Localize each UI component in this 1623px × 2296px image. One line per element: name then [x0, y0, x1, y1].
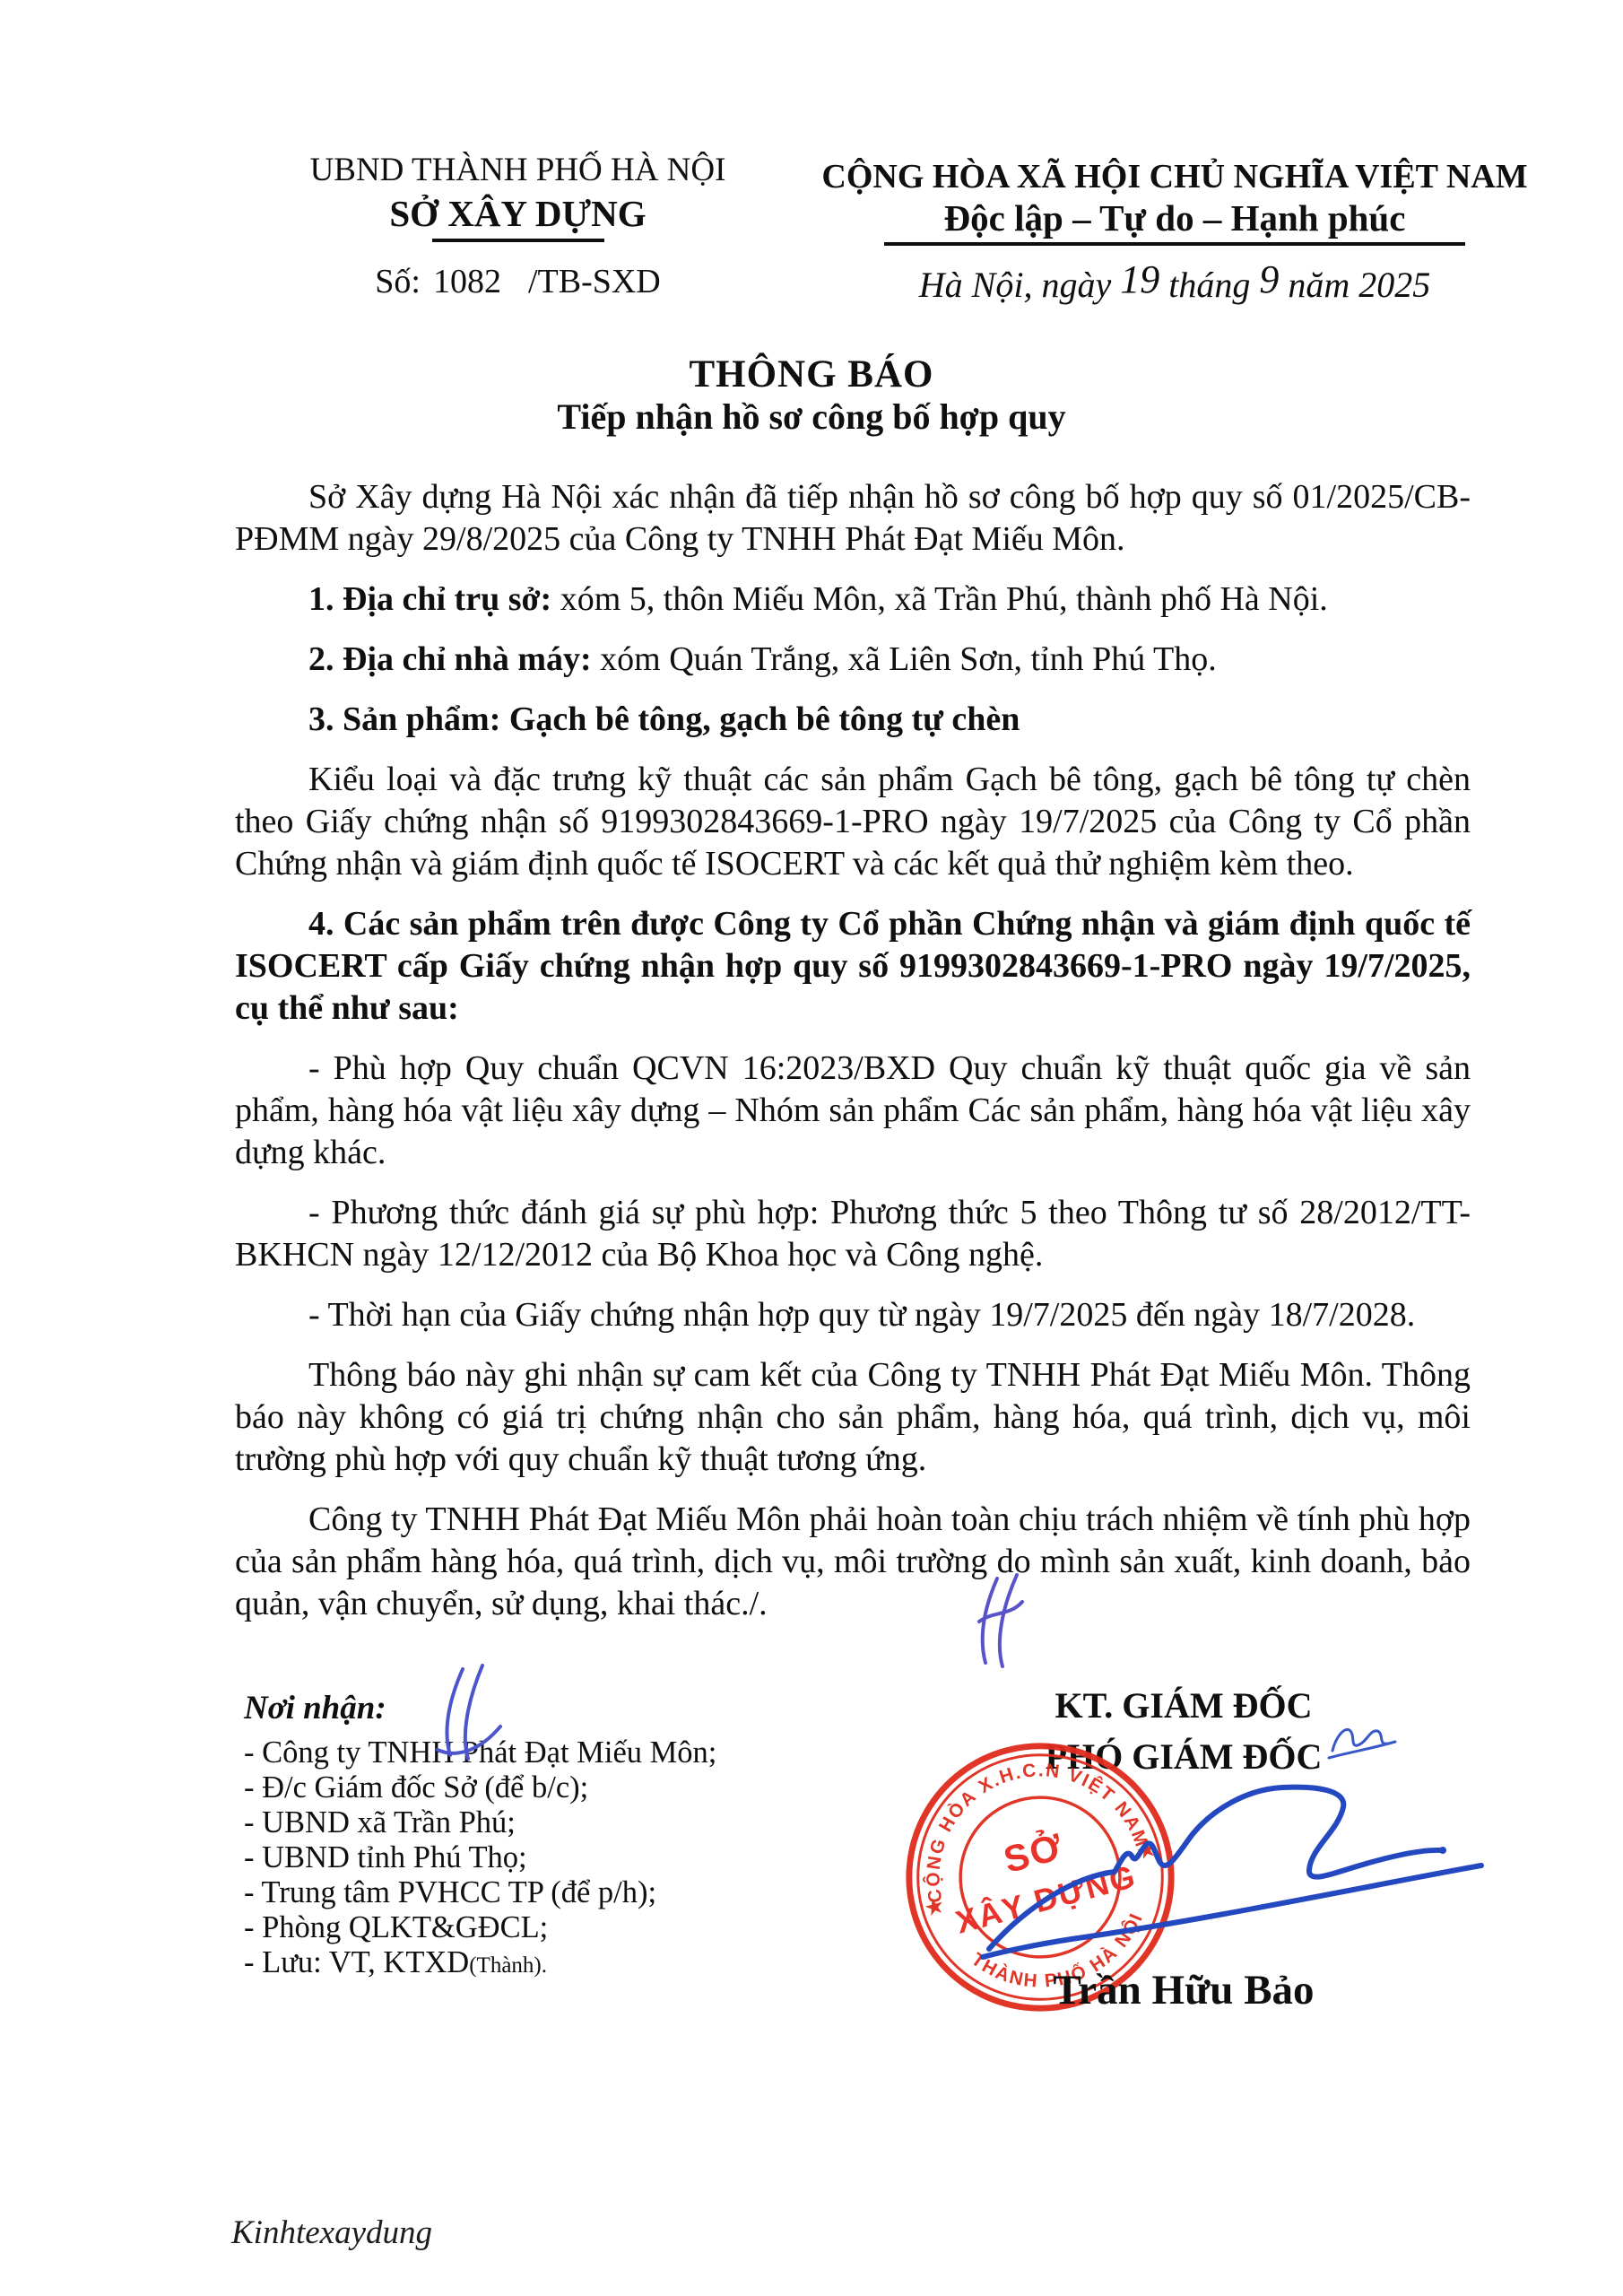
- notice-title: THÔNG BÁO: [0, 355, 1623, 395]
- date-month-label: tháng: [1168, 265, 1250, 305]
- recipient-item: - Phòng QLKT&GĐCL;: [244, 1910, 925, 1945]
- item-2-factory-address: 2. Địa chỉ nhà máy: xóm Quán Trắng, xã L…: [235, 639, 1471, 681]
- opening-paragraph: Sở Xây dựng Hà Nội xác nhận đã tiếp nhận…: [235, 476, 1471, 561]
- motto-underline: [884, 242, 1465, 246]
- item-1-office-address: 1. Địa chỉ trụ sở: xóm 5, thôn Miếu Môn,…: [235, 578, 1471, 621]
- document-number: Số:1082/TB-SXD: [215, 264, 820, 300]
- document-number-suffix: /TB-SXD: [528, 263, 661, 300]
- recipients-list: - Công ty TNHH Phát Đạt Miếu Môn; - Đ/c …: [244, 1735, 925, 1983]
- body-text: Sở Xây dựng Hà Nội xác nhận đã tiếp nhận…: [235, 476, 1471, 1643]
- country-line: CỘNG HÒA XÃ HỘI CHỦ NGHĨA VIỆT NAM: [789, 160, 1560, 195]
- recipient-item-last: - Lưu: VT, KTXD(Thành).: [244, 1945, 925, 1983]
- item-3-products: 3. Sản phẩm: Gạch bê tông, gạch bê tông …: [235, 699, 1471, 741]
- org-line: SỞ XÂY DỰNG: [215, 195, 820, 232]
- recipient-item: - Trung tâm PVHCC TP (để p/h);: [244, 1875, 925, 1910]
- recipients-heading: Nơi nhận:: [244, 1691, 925, 1726]
- recipient-item: - UBND tỉnh Phú Thọ;: [244, 1840, 925, 1875]
- bullet-validity: - Thời hạn của Giấy chứng nhận hợp quy t…: [235, 1294, 1471, 1336]
- issuer-underline: [432, 239, 604, 242]
- recipient-item: - Đ/c Giám đốc Sở (để b/c);: [244, 1770, 925, 1805]
- document-number-label: Số:: [375, 263, 421, 300]
- date-day: 19: [1120, 257, 1159, 301]
- notice-title-block: THÔNG BÁO Tiếp nhận hồ sơ công bố hợp qu…: [0, 355, 1623, 436]
- bullet-method: - Phương thức đánh giá sự phù hợp: Phươn…: [235, 1192, 1471, 1276]
- initial-paraph-icon: [425, 1664, 515, 1767]
- national-header-block: CỘNG HÒA XÃ HỘI CHỦ NGHĨA VIỆT NAM Độc l…: [789, 160, 1560, 305]
- signer-initials-icon: [1325, 1722, 1401, 1763]
- item-2-value: xóm Quán Trắng, xã Liên Sơn, tỉnh Phú Th…: [592, 640, 1217, 678]
- paragraph-responsibility: Công ty TNHH Phát Đạt Miếu Môn phải hoàn…: [235, 1499, 1471, 1625]
- paragraph-disclaimer: Thông báo này ghi nhận sự cam kết của Cô…: [235, 1354, 1471, 1481]
- signature-stroke-icon: [950, 1762, 1506, 1969]
- recipient-item: - Công ty TNHH Phát Đạt Miếu Môn;: [244, 1735, 925, 1770]
- org-parent-line: UBND THÀNH PHỐ HÀ NỘI: [215, 153, 820, 187]
- date-month: 9: [1259, 257, 1279, 301]
- motto-line: Độc lập – Tự do – Hạnh phúc: [789, 199, 1560, 237]
- recipient-item: - UBND xã Trần Phú;: [244, 1805, 925, 1840]
- recipient-last-main: - Lưu: VT, KTXD: [244, 1945, 469, 1979]
- item-2-label: 2. Địa chỉ nhà máy:: [308, 640, 592, 678]
- item-4-certification: 4. Các sản phẩm trên được Công ty Cổ phầ…: [235, 903, 1471, 1030]
- watermark-footer: Kinhtexaydung: [231, 2213, 432, 2252]
- kt-director-line: KT. GIÁM ĐỐC: [977, 1687, 1390, 1724]
- date-line: Hà Nội, ngày19tháng9năm 2025: [789, 265, 1560, 305]
- bullet-qcvn: - Phù hợp Quy chuẩn QCVN 16:2023/BXD Quy…: [235, 1048, 1471, 1174]
- recipient-last-sub: (Thành).: [469, 1953, 547, 1978]
- recipients-block: Nơi nhận: - Công ty TNHH Phát Đạt Miếu M…: [244, 1691, 925, 1983]
- item-1-label: 1. Địa chỉ trụ sở:: [308, 580, 551, 618]
- paragraph-product-spec: Kiểu loại và đặc trưng kỹ thuật các sản …: [235, 759, 1471, 885]
- notice-subtitle: Tiếp nhận hồ sơ công bố hợp quy: [0, 398, 1623, 436]
- signer-name: Trần Hữu Bảo: [986, 1968, 1381, 2013]
- document-page: UBND THÀNH PHỐ HÀ NỘI SỞ XÂY DỰNG Số:108…: [0, 0, 1623, 2296]
- date-prefix: Hà Nội, ngày: [919, 265, 1111, 305]
- issuer-block: UBND THÀNH PHỐ HÀ NỘI SỞ XÂY DỰNG Số:108…: [215, 153, 820, 300]
- document-number-value: 1082: [433, 263, 501, 300]
- item-1-value: xóm 5, thôn Miếu Môn, xã Trần Phú, thành…: [551, 580, 1328, 618]
- initial-paraph-icon: [970, 1571, 1038, 1674]
- date-year: năm 2025: [1288, 265, 1430, 305]
